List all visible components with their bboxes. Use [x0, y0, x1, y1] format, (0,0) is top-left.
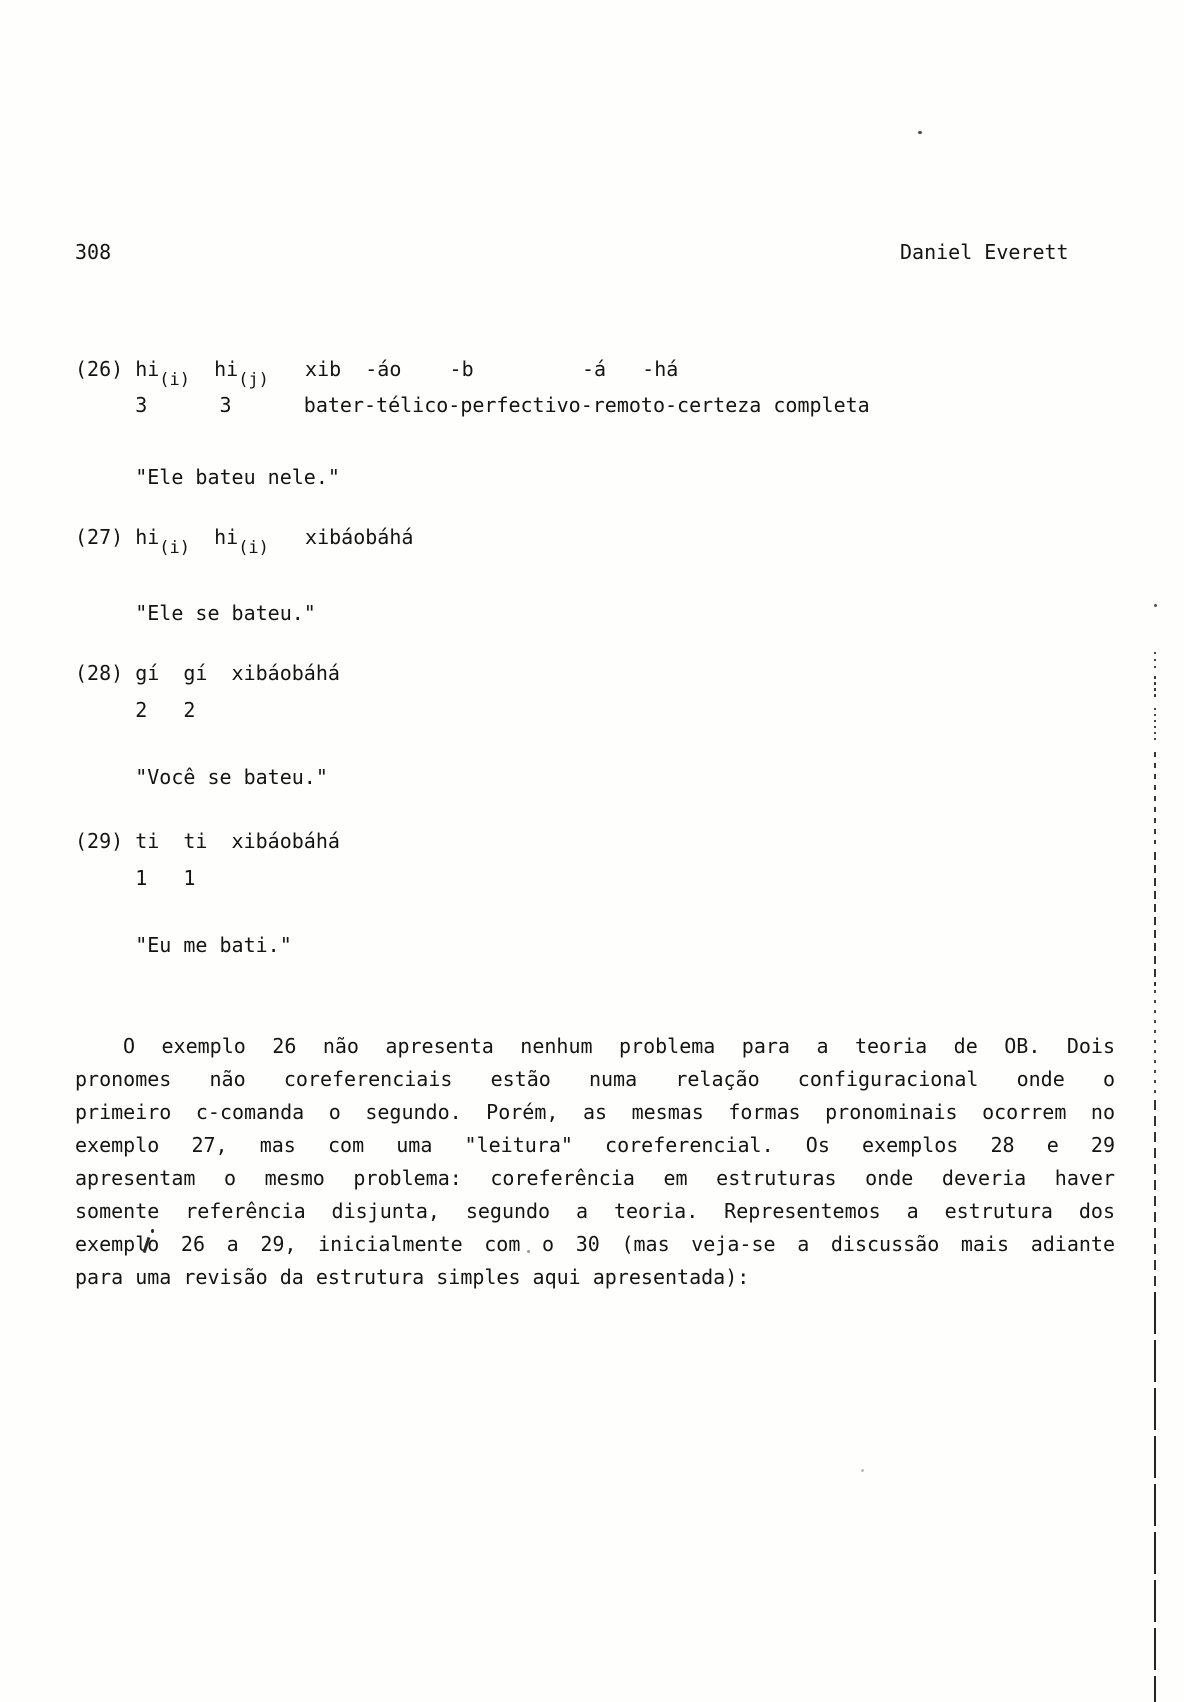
scan-speck: [918, 131, 922, 134]
example-26-morpheme-gloss: 3 3 bater-télico-perfectivo-remoto-certe…: [75, 392, 870, 418]
example-27-translation: "Ele se bateu.": [75, 600, 316, 626]
paragraph-line: para uma revisão da estrutura simples aq…: [75, 1261, 1115, 1294]
scan-artifact-dashed-line: [1154, 676, 1156, 700]
scan-artifact-dashed-line: [1154, 652, 1156, 668]
index-subscript: (i): [238, 535, 269, 561]
scan-artifact-dashed-line: [1154, 990, 1156, 1096]
running-head-author: Daniel Everett: [900, 240, 1069, 264]
scan-speck: [861, 1469, 864, 1472]
example-29-gloss-line: (29) ti ti xibáobáhá: [75, 828, 340, 854]
example-27-text: xibáobáhá: [269, 525, 414, 549]
scan-speck: [1154, 604, 1157, 607]
paragraph-line: somente referência disjunta, segundo a t…: [75, 1195, 1115, 1228]
scan-artifact-dashed-line: [1154, 1292, 1156, 1702]
example-26-text: xib -áo -b -á -há: [269, 357, 678, 381]
body-paragraph: O exemplo 26 não apresenta nenhum proble…: [75, 1030, 1115, 1294]
index-subscript: (j): [238, 367, 269, 393]
example-29-translation: "Eu me bati.": [75, 932, 292, 958]
paragraph-line: O exemplo 26 não apresenta nenhum proble…: [75, 1030, 1115, 1063]
example-27-text: hi: [190, 525, 238, 549]
example-26-text: (26) hi: [75, 357, 159, 381]
example-27-text: (27) hi: [75, 525, 159, 549]
scanned-paper-page: 308 Daniel Everett (26) hi(i) hi(j) xib …: [0, 0, 1184, 1702]
paragraph-line: apresentam o mesmo problema: coreferênci…: [75, 1162, 1115, 1195]
ink-smudge-dot: [151, 1229, 154, 1233]
paragraph-line: exemplo 26 a 29, inicialmente com o 30 (…: [75, 1228, 1115, 1261]
paragraph-line: exemplo 27, mas com uma "leitura" corefe…: [75, 1129, 1115, 1162]
example-28-gloss-line: (28) gí gí xibáobáhá: [75, 660, 340, 686]
example-29-person-gloss: 1 1: [75, 865, 195, 891]
example-26-text: hi: [190, 357, 238, 381]
index-subscript: (i): [159, 535, 190, 561]
paragraph-line: pronomes não coreferenciais estão numa r…: [75, 1063, 1115, 1096]
example-28-translation: "Você se bateu.": [75, 764, 328, 790]
scan-artifact-dashed-line: [1154, 708, 1156, 742]
index-subscript: (i): [159, 367, 190, 393]
scan-artifact-dashed-line: [1154, 1100, 1156, 1290]
example-26-translation: "Ele bateu nele.": [75, 464, 340, 490]
scan-speck: [527, 1250, 530, 1253]
example-27-gloss-line: (27) hi(i) hi(i) xibáobáhá: [75, 524, 413, 552]
page-number: 308: [75, 240, 111, 264]
scan-artifact-dashed-line: [1154, 852, 1156, 986]
paragraph-line: primeiro c-comanda o segundo. Porém, as …: [75, 1096, 1115, 1129]
example-26-gloss-line: (26) hi(i) hi(j) xib -áo -b -á -há: [75, 356, 678, 384]
example-28-person-gloss: 2 2: [75, 697, 195, 723]
scan-artifact-dashed-line: [1154, 752, 1156, 844]
